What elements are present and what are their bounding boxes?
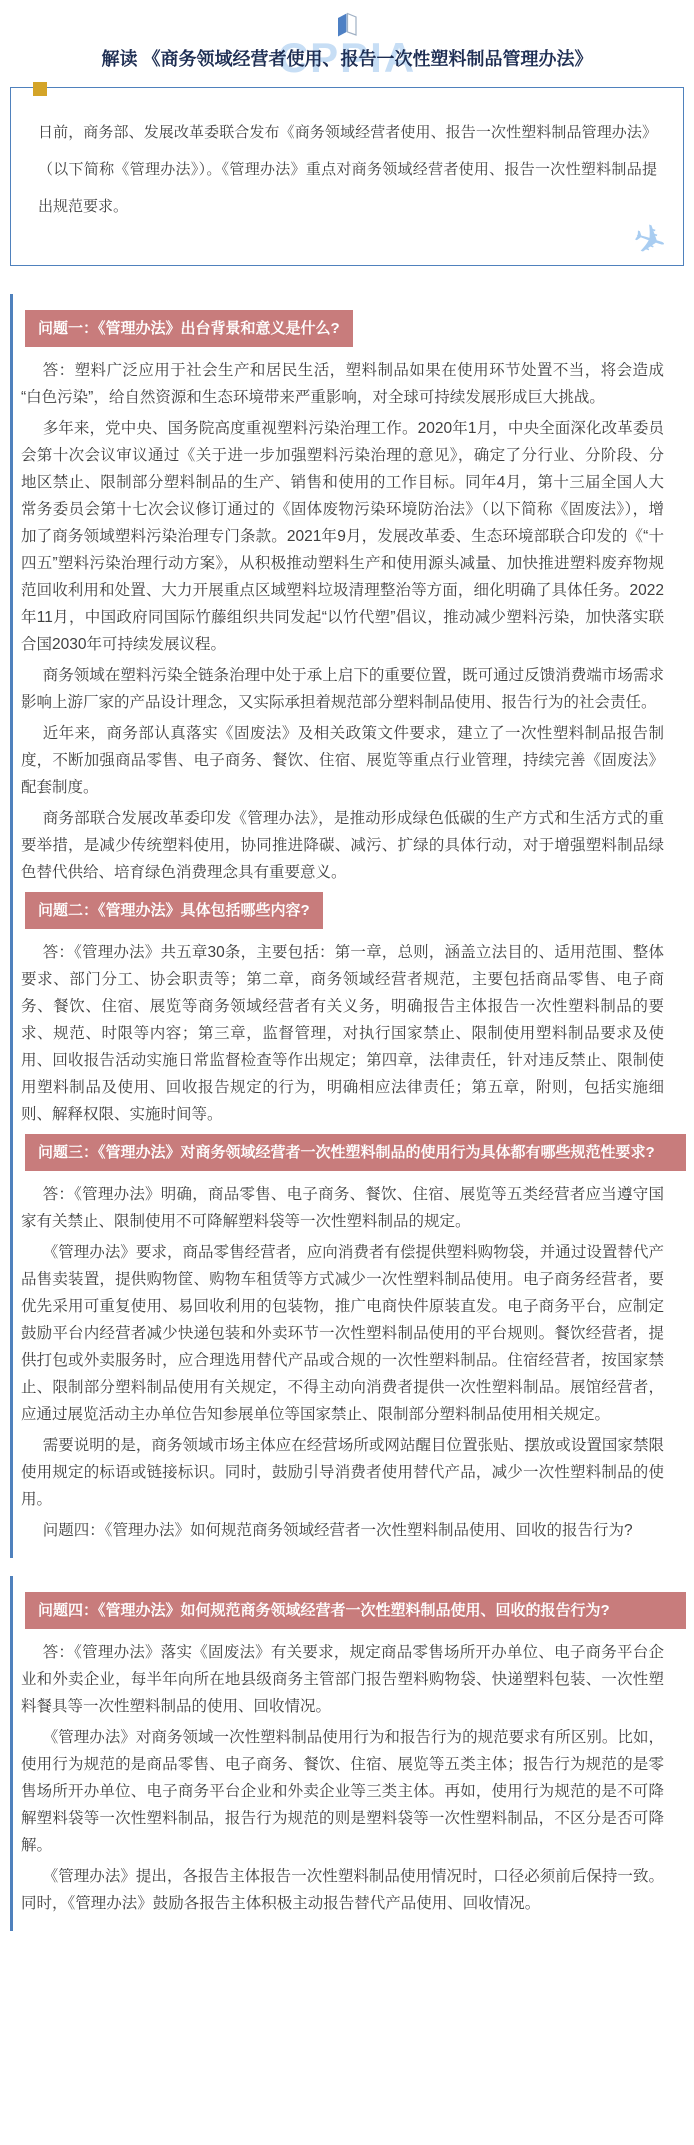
answer-paragraph: 答：塑料广泛应用于社会生产和居民生活，塑料制品如果在使用环节处置不当，将会造成“… xyxy=(21,357,664,411)
answer-paragraph: 《管理办法》提出，各报告主体报告一次性塑料制品使用情况时，口径必须前后保持一致。… xyxy=(21,1863,664,1917)
gold-corner-square xyxy=(33,82,47,96)
qa-section: 问题一：《管理办法》出台背景和意义是什么?答：塑料广泛应用于社会生产和居民生活，… xyxy=(10,294,690,1558)
answer-paragraph: 问题四：《管理办法》如何规范商务领域经营者一次性塑料制品使用、回收的报告行为? xyxy=(21,1517,664,1544)
answer-paragraph: 答：《管理办法》共五章30条，主要包括：第一章，总则，涵盖立法目的、适用范围、整… xyxy=(21,939,664,1128)
question-banner: 问题二：《管理办法》具体包括哪些内容? xyxy=(25,892,323,929)
question-banner: 问题一：《管理办法》出台背景和意义是什么? xyxy=(25,310,353,347)
answer-paragraph: 答：《管理办法》明确，商品零售、电子商务、餐饮、住宿、展览等五类经营者应当遵守国… xyxy=(21,1181,664,1235)
answer-paragraph: 答：《管理办法》落实《固废法》有关要求，规定商品零售场所开办单位、电子商务平台企… xyxy=(21,1639,664,1720)
qa-sections: 问题一：《管理办法》出台背景和意义是什么?答：塑料广泛应用于社会生产和居民生活，… xyxy=(0,294,694,1931)
answer-paragraph: 《管理办法》要求，商品零售经营者，应向消费者有偿提供塑料购物袋，并通过设置替代产… xyxy=(21,1239,664,1428)
answer-paragraph: 商务领域在塑料污染全链条治理中处于承上启下的重要位置，既可通过反馈消费端市场需求… xyxy=(21,662,664,716)
answer-paragraph: 需要说明的是，商务领域市场主体应在经营场所或网站醒目位置张贴、摆放或设置国家禁限… xyxy=(21,1432,664,1513)
article-header: CPPIA 解读 《商务领域经营者使用、报告一次性塑料制品管理办法》 xyxy=(0,0,694,71)
intro-box: 日前，商务部、发展改革委联合发布《商务领域经营者使用、报告一次性塑料制品管理办法… xyxy=(10,87,684,266)
answer-paragraph: 近年来，商务部认真落实《固废法》及相关政策文件要求，建立了一次性塑料制品报告制度… xyxy=(21,720,664,801)
question-banner: 问题四：《管理办法》如何规范商务领域经营者一次性塑料制品使用、回收的报告行为? xyxy=(25,1592,686,1629)
answer-paragraph: 商务部联合发展改革委印发《管理办法》，是推动形成绿色低碳的生产方式和生活方式的重… xyxy=(21,805,664,886)
page-title: 解读 《商务领域经营者使用、报告一次性塑料制品管理办法》 xyxy=(20,47,674,71)
question-banner: 问题三：《管理办法》对商务领域经营者一次性塑料制品的使用行为具体都有哪些规范性要… xyxy=(25,1134,686,1171)
answer-paragraph: 《管理办法》对商务领域一次性塑料制品使用行为和报告行为的规范要求有所区别。比如，… xyxy=(21,1724,664,1859)
intro-paragraph: 日前，商务部、发展改革委联合发布《商务领域经营者使用、报告一次性塑料制品管理办法… xyxy=(38,114,657,225)
answer-paragraph: 多年来，党中央、国务院高度重视塑料污染治理工作。2020年1月，中央全面深化改革… xyxy=(21,415,664,658)
qa-section: 问题四：《管理办法》如何规范商务领域经营者一次性塑料制品使用、回收的报告行为?答… xyxy=(10,1576,690,1931)
